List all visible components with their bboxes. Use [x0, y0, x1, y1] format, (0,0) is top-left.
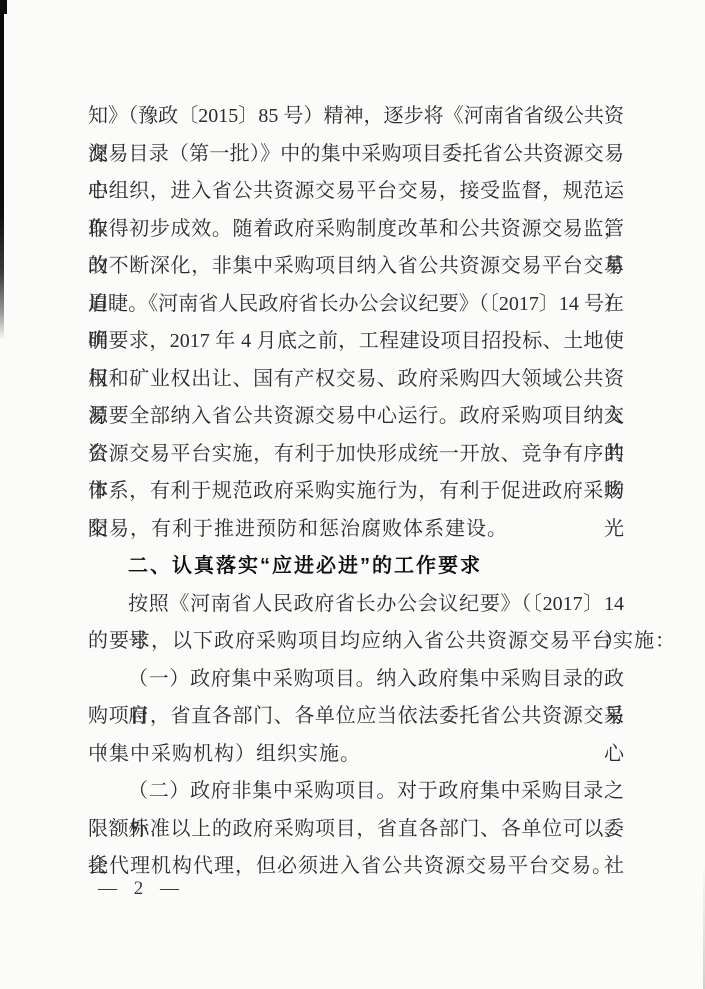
text-line: 取得初步成效。随着政府采购制度改革和公共资源交易监管改革: [88, 211, 624, 249]
text-line: （二）政府非集中采购项目。对于政府集中采购目录之外、: [88, 773, 624, 811]
scan-edge-artifact: [0, 0, 4, 340]
page-number: — 2 —: [98, 878, 185, 900]
scanned-document-page: 知》（豫政〔2015〕85 号）精神，逐步将《河南省省级公共资源交易目录（第一批…: [0, 0, 705, 989]
text-line: 资源交易平台实施，有利于加快形成统一开放、竞争有序的市场: [88, 436, 624, 474]
text-line: 的要求，以下政府采购项目均应纳入省公共资源交易平台实施：: [88, 623, 624, 661]
text-line: 交易目录（第一批）》中的集中采购项目委托省公共资源交易中: [88, 136, 624, 174]
text-line: 体系，有利于规范政府采购实施行为，有利于促进政府采购阳光: [88, 473, 624, 511]
text-line: 购项目，省直各部门、各单位应当依法委托省公共资源交易中心: [88, 698, 624, 736]
text-line: 的不断深化，非集中采购项目纳入省公共资源交易平台交易迫在: [88, 248, 624, 286]
document-text-body: 知》（豫政〔2015〕85 号）精神，逐步将《河南省省级公共资源交易目录（第一批…: [88, 98, 624, 886]
text-line: 眉睫。《河南省人民政府省长办公会议纪要》（〔2017〕14 号）明: [88, 286, 624, 324]
text-line: 知》（豫政〔2015〕85 号）精神，逐步将《河南省省级公共资源: [88, 98, 624, 136]
text-line: 确要求，2017 年 4 月底之前，工程建设项目招投标、土地使用: [88, 323, 624, 361]
text-line: 权和矿业权出让、国有产权交易、政府采购四大领域公共资源交: [88, 361, 624, 399]
text-line: 按照《河南省人民政府省长办公会议纪要》（〔2017〕14 号）: [88, 586, 624, 624]
text-line: 易要全部纳入省公共资源交易中心运行。政府采购项目纳入公共: [88, 398, 624, 436]
text-line: 心组织，进入省公共资源交易平台交易，接受监督，规范运作，: [88, 173, 624, 211]
section-heading: 二、认真落实“应进必进”的工作要求: [88, 548, 624, 586]
text-line: （一）政府集中采购项目。纳入政府集中采购目录的政府采: [88, 661, 624, 699]
text-line: 限额标准以上的政府采购项目，省直各部门、各单位可以委托社: [88, 811, 624, 849]
scan-edge-artifact-top: [0, 0, 7, 14]
